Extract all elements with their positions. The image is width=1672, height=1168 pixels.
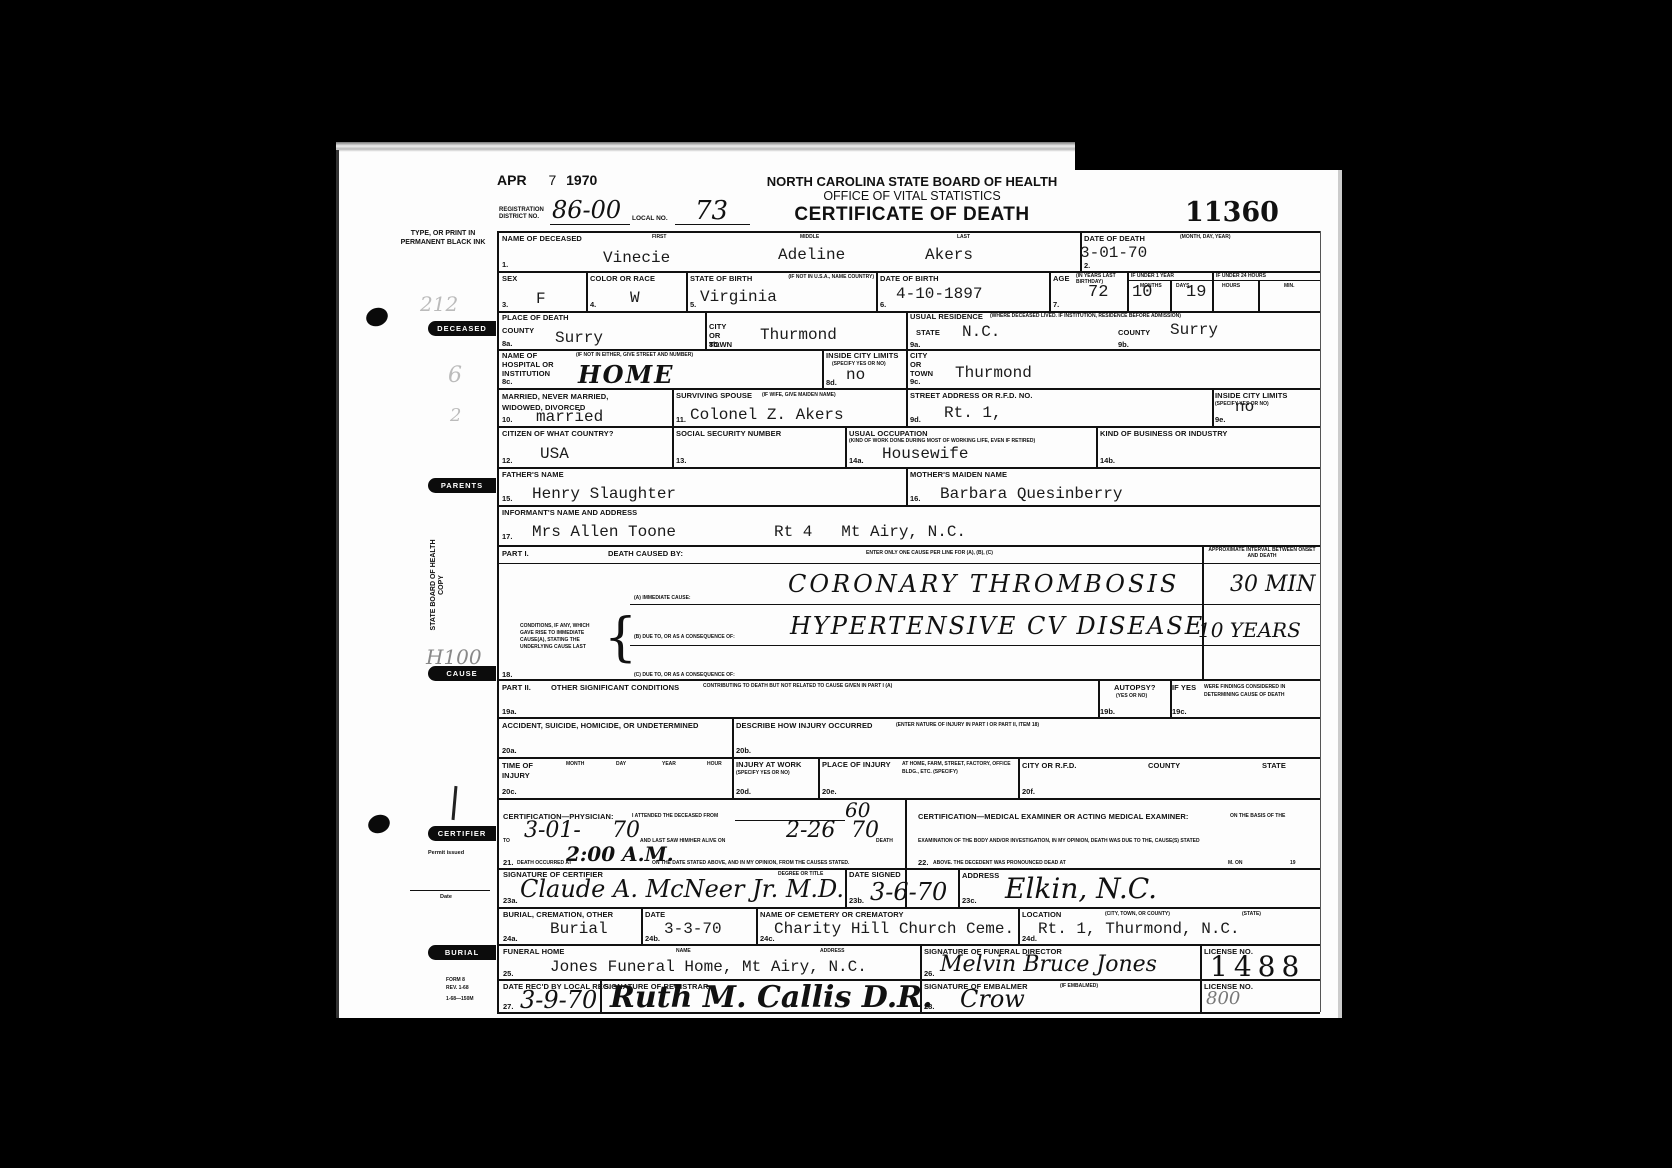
col-line — [705, 311, 707, 349]
item-number: 24c. — [760, 934, 775, 943]
embalmer-hint: (IF EMBALMED) — [1060, 983, 1098, 989]
injury-at-work-label: INJURY AT WORK — [736, 760, 802, 769]
year-label: YEAR — [662, 761, 676, 767]
cause-line-b — [630, 645, 1320, 646]
certifier-address-label: ADDRESS — [962, 871, 999, 880]
if-yes-hint: WERE FINDINGS CONSIDERED IN DETERMINING … — [1204, 683, 1318, 699]
item-number: 13. — [676, 456, 686, 465]
me-text: EXAMINATION OF THE BODY AND/OR INVESTIGA… — [918, 838, 1200, 844]
date-of-death: 3-01-70 — [1080, 244, 1147, 262]
cemetery: Charity Hill Church Ceme. — [774, 920, 1014, 938]
place-of-injury-hint: AT HOME, FARM, STREET, FACTORY, OFFICE B… — [902, 760, 1018, 776]
immediate-cause-interval: 30 MIN — [1230, 572, 1315, 597]
due-to-c-label: (c) DUE TO, OR AS A CONSEQUENCE OF: — [634, 672, 735, 678]
surviving-spouse-label: SURVIVING SPOUSE — [676, 391, 752, 400]
col-line — [1096, 426, 1098, 467]
item-number: 19c. — [1172, 707, 1187, 716]
section-tag-burial: BURIAL — [428, 945, 496, 960]
item-number: 8c. — [502, 377, 512, 386]
paper-right-edge — [1338, 150, 1342, 1018]
item-number: 20d. — [736, 787, 751, 796]
last-saw-date: 2-26 — [786, 818, 835, 843]
middle-label: MIDDLE — [800, 234, 819, 240]
section-tag-certifier: CERTIFIER — [428, 826, 496, 841]
item-number: 14b. — [1100, 456, 1115, 465]
section-tag-parents: PARENTS — [428, 478, 496, 493]
autopsy-label: AUTOPSY? — [1114, 683, 1156, 692]
deceased-first-name: Vinecie — [603, 249, 670, 267]
row-line — [497, 563, 1320, 564]
row-line — [497, 349, 1320, 351]
father-name: Henry Slaughter — [532, 485, 676, 503]
funeral-home: Jones Funeral Home, Mt Airy, N.C. — [550, 958, 867, 976]
registrar-signature: Ruth M. Callis D.R. — [610, 980, 933, 1015]
death-county: Surry — [555, 329, 603, 347]
col-line — [641, 907, 643, 944]
brace-icon: { — [604, 612, 637, 664]
other-conditions-label: OTHER SIGNIFICANT CONDITIONS — [551, 683, 679, 692]
stamp-day: 7 — [548, 172, 556, 188]
item-number: 3. — [502, 300, 508, 309]
country-hint: (IF NOT IN U.S.A., NAME COUNTRY) — [788, 274, 874, 280]
row-line — [497, 311, 1320, 313]
describe-injury-label: DESCRIBE HOW INJURY OCCURRED — [736, 721, 873, 730]
item-number: 28. — [924, 1002, 934, 1011]
item-number: 21. — [503, 858, 513, 867]
residence-city: Thurmond — [955, 364, 1032, 382]
row-line — [497, 798, 1320, 800]
row-line — [497, 907, 1320, 909]
last-label: LAST — [957, 234, 970, 240]
death-caused-by-label: DEATH CAUSED BY: — [608, 549, 683, 558]
underline — [550, 224, 630, 225]
col-line — [1200, 944, 1202, 1012]
item-number: 23c. — [962, 896, 977, 905]
permit-date-line — [410, 890, 490, 891]
residence-state-label: STATE — [916, 328, 940, 337]
age-days: 19 — [1186, 283, 1206, 302]
item-number: 19b. — [1100, 707, 1115, 716]
item-number: 20a. — [502, 746, 517, 755]
immediate-cause: CORONARY THROMBOSIS — [788, 570, 1179, 598]
hour-label: HOUR — [707, 761, 722, 767]
to-label: TO — [503, 838, 510, 844]
citizen-label: CITIZEN OF WHAT COUNTRY? — [502, 429, 614, 438]
first-label: FIRST — [652, 234, 666, 240]
location-label: LOCATION — [1022, 910, 1061, 919]
col-line — [1212, 271, 1214, 311]
business-label: KIND OF BUSINESS OR INDUSTRY — [1100, 429, 1228, 438]
place-of-death-label: PLACE OF DEATH — [502, 313, 569, 322]
item-number: 24d. — [1022, 934, 1037, 943]
row-line — [497, 271, 1320, 273]
burial-date: 3-3-70 — [664, 920, 722, 938]
usual-residence-label: USUAL RESIDENCE — [910, 312, 983, 321]
city-rfd-label: CITY OR R.F.D. — [1022, 761, 1077, 770]
date-of-birth-label: DATE OF BIRTH — [880, 274, 939, 283]
death-label: DEATH — [876, 838, 893, 844]
injury-county-label: COUNTY — [1148, 761, 1180, 770]
death-occurred-label: DEATH OCCURRED AT — [517, 860, 572, 866]
due-to-b-interval: 10 YEARS — [1198, 618, 1301, 642]
residence-county: Surry — [1170, 321, 1218, 339]
agency-header: NORTH CAROLINA STATE BOARD OF HEALTH OFF… — [722, 174, 1102, 222]
date-received: 3-9-70 — [520, 986, 597, 1014]
death-inside-city: no — [846, 366, 865, 384]
name-label: NAME OF DECEASED — [502, 234, 582, 243]
item-number: 23a. — [503, 896, 518, 905]
col-line — [1212, 388, 1214, 426]
item-number: 5. — [690, 300, 696, 309]
last-saw-year: 70 — [851, 818, 879, 843]
burial-location: Rt. 1, Thurmond, N.C. — [1038, 920, 1240, 938]
me-text: 19 — [1290, 860, 1296, 866]
pencil-mark: 2 — [450, 405, 461, 426]
residence-inside-city: no — [1235, 398, 1254, 416]
part-1-label: PART I. — [502, 549, 529, 558]
race-label: COLOR OR RACE — [590, 274, 655, 283]
agency-line-1: NORTH CAROLINA STATE BOARD OF HEALTH — [722, 174, 1102, 189]
row-line — [497, 467, 1320, 469]
opinion-text: ON THE DATE STATED ABOVE, AND IN MY OPIN… — [652, 860, 849, 866]
paper-left-edge — [336, 150, 339, 1018]
state-of-birth: Virginia — [700, 288, 777, 306]
under-1-year-label: IF UNDER 1 YEAR — [1131, 273, 1174, 279]
director-license-no: 1488 — [1210, 950, 1305, 983]
col-line — [586, 271, 588, 311]
state-copy-label: STATE BOARD OF HEALTH COPY — [408, 555, 468, 615]
item-number: 4. — [590, 300, 596, 309]
col-line — [1258, 281, 1260, 311]
item-number: 11. — [676, 415, 686, 424]
item-number: 1. — [502, 260, 508, 269]
item-number: 14a. — [849, 456, 864, 465]
ssn-label: SOCIAL SECURITY NUMBER — [676, 429, 781, 438]
usual-occupation-label: USUAL OCCUPATION — [849, 429, 928, 438]
if-yes-label: IF YES — [1172, 683, 1196, 692]
attended-to-date: 3-01- — [524, 818, 581, 843]
mother-name-label: MOTHER'S MAIDEN NAME — [910, 470, 1007, 479]
pencil-mark: H100 — [426, 645, 482, 669]
item-number: 8d. — [826, 378, 837, 387]
col-line — [818, 757, 820, 798]
item-number: 18. — [502, 670, 512, 679]
embalmer-signature: Crow — [960, 985, 1025, 1013]
col-line — [672, 388, 674, 426]
month-label: MONTH — [566, 761, 584, 767]
funeral-name-label: NAME — [676, 948, 691, 954]
hours-label: HOURS — [1222, 283, 1240, 289]
row-line — [497, 545, 1320, 547]
certifier-signature: Claude A. McNeer Jr. M.D. — [520, 875, 844, 903]
street-address: Rt. 1, — [944, 404, 1002, 422]
date-of-birth: 4-10-1897 — [896, 285, 982, 303]
section-tag-deceased: DECEASED — [428, 321, 496, 336]
medical-examiner-label: CERTIFICATION—MEDICAL EXAMINER OR ACTING… — [918, 812, 1189, 821]
residence-hint: (WHERE DECEASED LIVED. IF INSTITUTION, R… — [990, 313, 1181, 319]
item-number: 9e. — [1215, 415, 1225, 424]
due-to-cause-b: HYPERTENSIVE CV DISEASE — [790, 612, 1204, 640]
item-number: 6. — [880, 300, 886, 309]
row-line — [497, 679, 1320, 681]
race: W — [630, 289, 640, 307]
certificate-number: 11360 — [1185, 197, 1279, 228]
day-label: DAY — [616, 761, 626, 767]
under-24-hours-label: IF UNDER 24 HOURS — [1216, 273, 1266, 279]
item-number: 12. — [502, 456, 512, 465]
item-number: 20c. — [502, 787, 517, 796]
item-number: 24a. — [503, 934, 518, 943]
col-line — [1018, 757, 1020, 798]
item-number: 24b. — [645, 934, 660, 943]
col-line — [1170, 281, 1172, 311]
item-number: 15. — [502, 494, 512, 503]
certifier-address: Elkin, N.C. — [1005, 872, 1157, 905]
usual-occupation: Housewife — [882, 445, 968, 463]
me-text: M. ON — [1228, 860, 1242, 866]
col-line — [732, 757, 734, 798]
pencil-mark: 6 — [448, 363, 462, 388]
col-line — [686, 271, 688, 311]
disposition: Burial — [550, 920, 608, 938]
col-line — [876, 271, 878, 311]
item-number: 20f. — [1022, 787, 1035, 796]
location-state-hint: (STATE) — [1242, 911, 1261, 917]
attended-to-year: 70 — [612, 818, 640, 843]
cause-line-a — [630, 604, 1320, 605]
underline — [675, 224, 750, 225]
residence-state: N.C. — [962, 323, 1000, 341]
deceased-last-name: Akers — [925, 246, 973, 264]
item-number: 23b. — [849, 896, 864, 905]
row-line — [497, 944, 1320, 946]
disposition-label: BURIAL, CREMATION, OTHER — [503, 910, 613, 919]
row-line — [497, 717, 1320, 719]
row-line — [497, 757, 1320, 759]
sex: F — [536, 290, 546, 308]
redaction-block — [1075, 142, 1343, 170]
deceased-middle-name: Adeline — [778, 246, 845, 264]
location-hint: (CITY, TOWN, OR COUNTY) — [1105, 911, 1170, 917]
sex-label: SEX — [502, 274, 517, 283]
mother-maiden-name: Barbara Quesinberry — [940, 485, 1122, 503]
col-line — [906, 311, 908, 426]
col-line — [958, 868, 960, 907]
col-line — [1018, 907, 1020, 944]
ink-instruction: TYPE, OR PRINT IN PERMANENT BLACK INK — [398, 229, 488, 247]
county-label: COUNTY — [502, 326, 534, 335]
item-number: 9b. — [1118, 340, 1129, 349]
item-number: 9a. — [910, 340, 920, 349]
date-hint: (MONTH, DAY, YEAR) — [1180, 234, 1231, 240]
item-number: 25. — [503, 969, 513, 978]
attended-from-label: I ATTENDED THE DECEASED FROM — [632, 813, 718, 819]
funeral-address-label: ADDRESS — [820, 948, 844, 954]
place-of-injury-label: PLACE OF INJURY — [822, 760, 891, 769]
marital-status: married — [536, 408, 603, 426]
age-months: 10 — [1132, 283, 1152, 302]
col-line — [732, 717, 734, 757]
cemetery-label: NAME OF CEMETERY OR CREMATORY — [760, 910, 904, 919]
age-label: AGE — [1053, 274, 1070, 283]
informant-label: INFORMANT'S NAME AND ADDRESS — [502, 508, 637, 517]
item-number: 2. — [1084, 261, 1090, 270]
age-years: 72 — [1088, 283, 1108, 302]
me-text: ABOVE. THE DECEDENT WAS PRONOUNCED DEAD … — [933, 860, 1066, 866]
item-number: 9d. — [910, 415, 921, 424]
informant-name: Mrs Allen Toone — [532, 523, 676, 541]
other-conditions-hint: CONTRIBUTING TO DEATH BUT NOT RELATED TO… — [703, 683, 892, 689]
form-info: FORM 8REV. 1-681-68—150M — [446, 976, 474, 1003]
local-no-label: LOCAL NO. — [632, 216, 668, 222]
form-right-border — [1320, 231, 1321, 1012]
col-line — [672, 426, 674, 467]
col-line — [822, 349, 824, 388]
col-line — [1049, 271, 1051, 311]
item-number: 26. — [924, 969, 934, 978]
me-text: ON THE BASIS OF THE — [1230, 813, 1285, 819]
conditions-label: CONDITIONS, IF ANY, WHICH GAVE RISE TO I… — [520, 623, 602, 651]
item-number: 8b. — [709, 340, 720, 349]
due-to-b-label: (b) DUE TO, OR AS A CONSEQUENCE OF: — [634, 634, 735, 640]
agency-line-2: OFFICE OF VITAL STATISTICS — [722, 189, 1102, 204]
injury-at-work-hint: (SPECIFY YES OR NO) — [736, 770, 790, 776]
col-line — [756, 907, 758, 944]
stamp-year: 1970 — [566, 172, 597, 188]
item-number: 27. — [503, 1002, 513, 1011]
informant-address: Rt 4 Mt Airy, N.C. — [774, 523, 966, 541]
row-line — [497, 231, 1320, 233]
part-2-label: PART II. — [502, 683, 531, 692]
item-number: 19a. — [502, 707, 517, 716]
item-number: 8a. — [502, 339, 512, 348]
date-signed: 3-6-70 — [870, 878, 947, 906]
row-line — [905, 868, 1320, 870]
citizen-country: USA — [540, 445, 569, 463]
hospital-hint: (IF NOT IN EITHER, GIVE STREET AND NUMBE… — [576, 352, 693, 358]
enter-one-cause-hint: ENTER ONLY ONE CAUSE PER LINE FOR (a), (… — [866, 550, 993, 556]
row-line — [497, 505, 1320, 507]
surviving-spouse: Colonel Z. Akers — [690, 406, 844, 424]
registration-label: REGISTRATIONDISTRICT NO. — [499, 207, 544, 221]
inside-city-label: INSIDE CITY LIMITS — [826, 351, 899, 360]
received-stamp: APR 7 1970 — [497, 172, 597, 188]
pencil-mark: 212 — [420, 292, 458, 316]
injury-state-label: STATE — [1262, 761, 1286, 770]
col-line — [845, 426, 847, 467]
item-number: 22. — [918, 858, 928, 867]
immediate-cause-label: (a) IMMEDIATE CAUSE: — [634, 595, 691, 601]
item-number: 17. — [502, 532, 512, 541]
time-of-injury-label: TIME OF INJURY — [502, 761, 542, 781]
row-line — [497, 426, 1320, 428]
paper-stack-edge — [336, 142, 1076, 152]
min-label: MIN. — [1284, 283, 1295, 289]
item-number: 7. — [1053, 300, 1059, 309]
item-number: 10. — [502, 415, 512, 424]
row-line — [1127, 280, 1320, 281]
permit-issued-label: Permit issued — [428, 850, 464, 856]
autopsy-hint: (YES OR NO) — [1116, 693, 1147, 699]
hospital-label: NAME OF HOSPITAL OR INSTITUTION — [502, 351, 572, 378]
death-city: Thurmond — [760, 326, 837, 344]
interval-label: APPROXIMATE INTERVAL BETWEEN ONSET AND D… — [1206, 547, 1318, 559]
occupation-hint: (KIND OF WORK DONE DURING MOST OF WORKIN… — [849, 438, 1089, 444]
date-label: Date — [440, 894, 452, 900]
item-number: 20e. — [822, 787, 837, 796]
item-number: 9c. — [910, 377, 920, 386]
residence-county-label: COUNTY — [1118, 328, 1150, 337]
state-of-birth-label: STATE OF BIRTH — [690, 274, 752, 283]
funeral-director-signature: Melvin Bruce Jones — [940, 952, 1157, 977]
describe-injury-hint: (ENTER NATURE OF INJURY IN PART I OR PAR… — [896, 722, 1039, 728]
residence-city-label: CITY OR TOWN — [910, 351, 940, 378]
embalmer-license-no: 800 — [1206, 988, 1240, 1009]
burial-date-label: DATE — [645, 910, 665, 919]
col-line — [906, 467, 908, 505]
hospital: HOME — [578, 360, 674, 389]
father-name-label: FATHER'S NAME — [502, 470, 564, 479]
funeral-home-label: FUNERAL HOME — [503, 947, 564, 956]
street-address-label: STREET ADDRESS OR R.F.D. No. — [910, 391, 1033, 400]
page-title: CERTIFICATE OF DEATH — [722, 207, 1102, 222]
col-line — [845, 868, 847, 907]
spouse-hint: (IF WIFE, GIVE MAIDEN NAME) — [762, 392, 836, 398]
registration-district-no: 86-00 — [552, 196, 621, 224]
item-number: 16. — [910, 494, 920, 503]
manner-of-death-label: ACCIDENT, SUICIDE, HOMICIDE, OR UNDETERM… — [502, 721, 699, 730]
stamp-month: APR — [497, 172, 527, 188]
item-number: 20b. — [736, 746, 751, 755]
date-of-death-label: DATE OF DEATH — [1084, 234, 1145, 243]
